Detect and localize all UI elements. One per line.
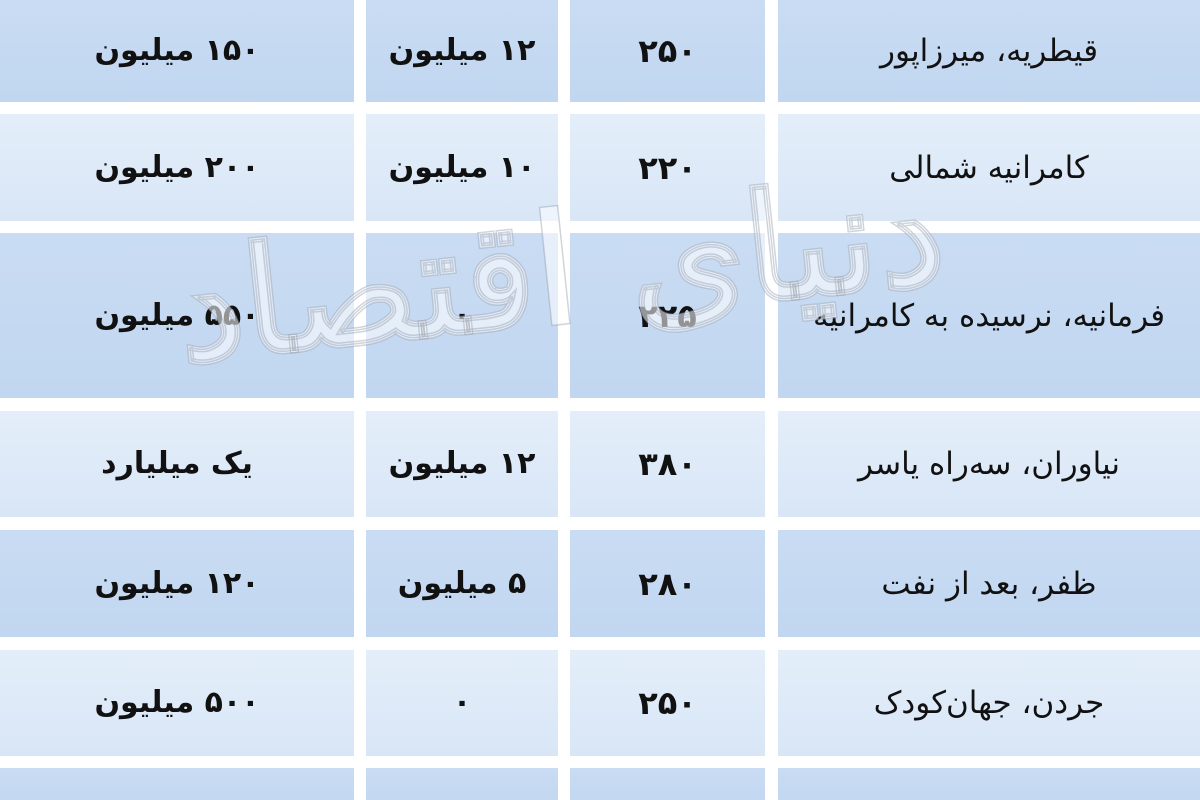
cell-area: ۲۸۰ <box>570 530 765 637</box>
cell-area: ۲۵۰ <box>570 650 765 756</box>
cell-area: ۲۲۵ <box>570 233 765 398</box>
cell-location: نیاوران، سه‌راه یاسر <box>778 411 1200 517</box>
cell-location: جردن، جهان‌کودک <box>778 650 1200 756</box>
cell-location: فرمانیه، نرسیده به کامرانیه <box>778 233 1200 398</box>
cell-area <box>570 768 765 800</box>
cell-deposit: ۲۰۰ میلیون <box>0 114 354 221</box>
cell-rent: ۵ میلیون <box>366 530 558 637</box>
cell-deposit <box>0 768 354 800</box>
cell-area: ۲۲۰ <box>570 114 765 221</box>
cell-area: ۳۸۰ <box>570 411 765 517</box>
cell-deposit: ۱۵۰ میلیون <box>0 0 354 102</box>
cell-deposit: ۱۲۰ میلیون <box>0 530 354 637</box>
cell-location <box>778 768 1200 800</box>
cell-area: ۲۵۰ <box>570 0 765 102</box>
cell-rent: ۰ <box>366 650 558 756</box>
cell-rent: ۱۰ میلیون <box>366 114 558 221</box>
cell-rent <box>366 768 558 800</box>
cell-deposit: ۵۰۰ میلیون <box>0 650 354 756</box>
cell-rent: ۱۲ میلیون <box>366 0 558 102</box>
cell-deposit: ۵۵۰ میلیون <box>0 233 354 398</box>
cell-rent: ۰ <box>366 233 558 398</box>
cell-location: کامرانیه شمالی <box>778 114 1200 221</box>
rental-price-table: قیطریه، میرزاپور ۲۵۰ ۱۲ میلیون ۱۵۰ میلیو… <box>0 0 1200 800</box>
cell-location: ظفر، بعد از نفت <box>778 530 1200 637</box>
cell-location: قیطریه، میرزاپور <box>778 0 1200 102</box>
cell-rent: ۱۲ میلیون <box>366 411 558 517</box>
cell-deposit: یک میلیارد <box>0 411 354 517</box>
